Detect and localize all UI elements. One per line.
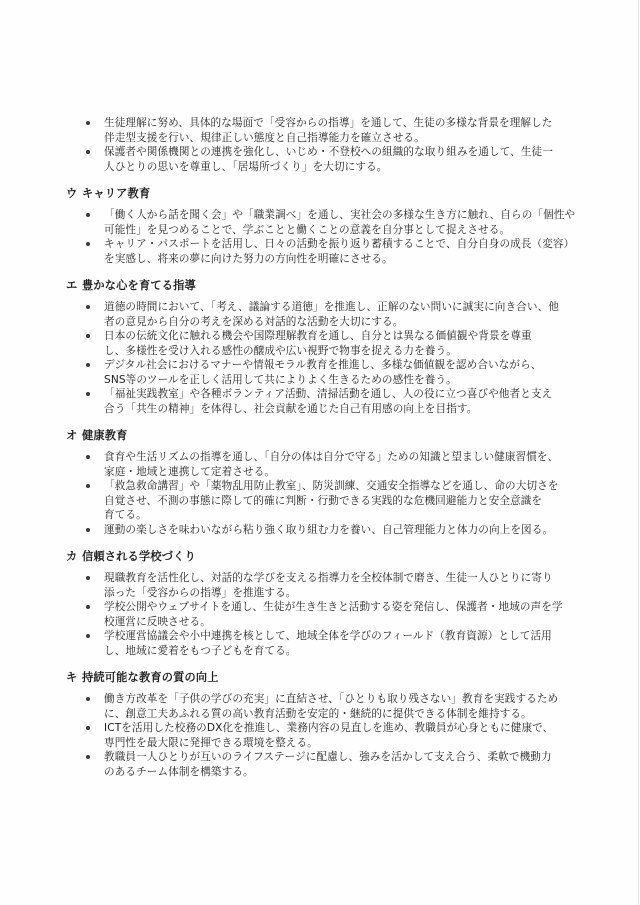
bullet-icon [86,697,90,701]
list-item: 保護者や関係機関との連携を強化し、いじめ・不登校への組織的な取り組みを通して、生… [66,145,566,174]
bullet-icon [86,305,90,309]
list-item: ICTを活用した校務のDX化を推進し、業務内容の見直しを進め、教職員が心身ともに… [66,721,566,750]
bullet-icon [86,150,90,154]
section-heading: オ健康教育 [66,428,566,444]
list-item: 生徒理解に努め、具体的な場面で「受容からの指導」を通して、生徒の多様な背景を理解… [66,116,566,145]
bullet-list: 「働く人から話を聞く会」や「職業調べ」を通し、実社会の多様な生き方に触れ、自らの… [66,208,566,266]
bullet-icon [86,726,90,730]
list-item: 働き方改革を「子供の学びの充実」に直結させ、「ひとりも取り残さない」教育を実践す… [66,692,566,721]
section-heading: カ信頼される学校づくり [66,549,566,565]
bullet-icon [86,121,90,125]
bullet-icon [86,528,90,532]
list-item: 学校公開やウェブサイトを通し、生徒が生き生きと活動する姿を発信し、保護者・地域の… [66,600,566,629]
list-item: デジタル社会におけるマナーや情報モラル教育を推進し、多様な価値観を認め合いながら… [66,358,566,387]
list-item: 現職教育を活性化し、対話的な学びを支える指導力を全校体制で磨き、生徒一人ひとりに… [66,571,566,600]
list-item: 食育や生活リズムの指導を通し、「自分の体は自分で守る」ための知識と望ましい健康習… [66,450,566,479]
list-item: キャリア・パスポートを活用し、日々の活動を振り返り蓄積することで、自分自身の成長… [66,237,566,266]
section-heading: キ持続可能な教育の質の向上 [66,670,566,686]
list-item: 日本の伝統文化に触れる機会や国際理解教育を通し、自分とは異なる価値観や背景を尊重… [66,329,566,358]
bullet-icon [86,363,90,367]
bullet-icon [86,634,90,638]
list-item: 教職員一人ひとりが互いのライフステージに配慮し、強みを活かして支え合う、柔軟で機… [66,750,566,779]
document-body: 生徒理解に努め、具体的な場面で「受容からの指導」を通して、生徒の多様な背景を理解… [66,116,566,779]
section-heading: ウキャリア教育 [66,186,566,202]
bullet-icon [86,576,90,580]
intro-section: 生徒理解に努め、具体的な場面で「受容からの指導」を通して、生徒の多様な背景を理解… [66,116,566,174]
section-career-education: ウキャリア教育 「働く人から話を聞く会」や「職業調べ」を通し、実社会の多様な生き… [66,186,566,266]
bullet-icon [86,392,90,396]
bullet-icon [86,334,90,338]
bullet-icon [86,484,90,488]
list-item: 「働く人から話を聞く会」や「職業調べ」を通し、実社会の多様な生き方に触れ、自らの… [66,208,566,237]
bullet-list: 食育や生活リズムの指導を通し、「自分の体は自分で守る」ための知識と望ましい健康習… [66,450,566,537]
section-health-education: オ健康教育 食育や生活リズムの指導を通し、「自分の体は自分で守る」ための知識と望… [66,428,566,537]
bullet-list: 働き方改革を「子供の学びの充実」に直結させ、「ひとりも取り残さない」教育を実践す… [66,692,566,779]
bullet-icon [86,455,90,459]
list-item: 「福祉実践教室」や各種ボランティア活動、清掃活動を通し、人の役に立つ喜びや他者と… [66,387,566,416]
bullet-icon [86,755,90,759]
list-item: 運動の楽しさを味わいながら粘り強く取り組む力を養い、自己管理能力と体力の向上を図… [66,523,566,538]
list-item: 「救急救命講習」や「薬物乱用防止教室」、防災訓練、交通安全指導などを通し、命の大… [66,479,566,523]
section-trusted-school: カ信頼される学校づくり 現職教育を活性化し、対話的な学びを支える指導力を全校体制… [66,549,566,658]
section-moral-education: エ豊かな心を育てる指導 道徳の時間において、「考え、議論する道徳」を推進し、正解… [66,278,566,416]
bullet-list: 道徳の時間において、「考え、議論する道徳」を推進し、正解のない問いに誠実に向き合… [66,300,566,416]
section-heading: エ豊かな心を育てる指導 [66,278,566,294]
bullet-icon [86,605,90,609]
scan-edge [638,0,639,905]
bullet-icon [86,213,90,217]
list-item: 道徳の時間において、「考え、議論する道徳」を推進し、正解のない問いに誠実に向き合… [66,300,566,329]
document-page: 生徒理解に努め、具体的な場面で「受容からの指導」を通して、生徒の多様な背景を理解… [0,0,640,905]
list-item: 学校運営協議会や小中連携を核として、地域全体を学びのフィールド（教育資源）として… [66,629,566,658]
section-sustainable-quality: キ持続可能な教育の質の向上 働き方改革を「子供の学びの充実」に直結させ、「ひとり… [66,670,566,779]
bullet-icon [86,242,90,246]
bullet-list: 現職教育を活性化し、対話的な学びを支える指導力を全校体制で磨き、生徒一人ひとりに… [66,571,566,658]
bullet-list: 生徒理解に努め、具体的な場面で「受容からの指導」を通して、生徒の多様な背景を理解… [66,116,566,174]
